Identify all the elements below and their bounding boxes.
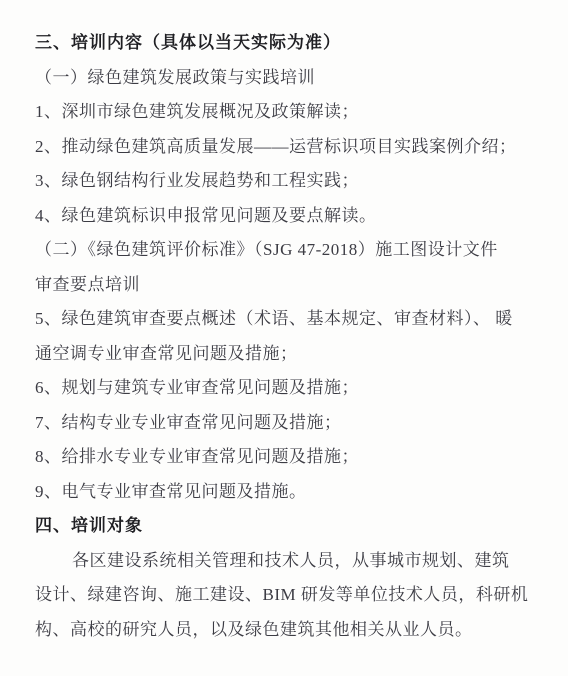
audience-paragraph-line-2: 设计、绿建咨询、施工建设、BIM 研发等单位技术人员，科研机 [35,578,540,613]
training-item-5-line-1: 5、绿色建筑审查要点概述（术语、基本规定、审查材料）、 暖 [35,302,540,337]
training-item-3: 3、绿色钢结构行业发展趋势和工程实践； [35,164,540,199]
training-item-4: 4、绿色建筑标识申报常见问题及要点解读。 [35,199,540,234]
training-item-7: 7、结构专业专业审查常见问题及措施； [35,406,540,441]
training-item-6: 6、规划与建筑专业审查常见问题及措施； [35,371,540,406]
section-heading-training-audience: 四、培训对象 [35,509,540,544]
audience-paragraph-line-3: 构、高校的研究人员，以及绿色建筑其他相关从业人员。 [35,613,540,648]
training-item-9: 9、电气专业审查常见问题及措施。 [35,475,540,510]
training-item-5-line-2: 通空调专业审查常见问题及措施； [35,337,540,372]
section-heading-label: 三、培训内容 [35,33,143,52]
section-heading-training-content: 三、培训内容（具体以当天实际为准） [35,26,540,61]
training-item-8: 8、给排水专业专业审查常见问题及措施； [35,440,540,475]
section-heading-note: （具体以当天实际为准） [143,33,341,52]
audience-paragraph-line-1: 各区建设系统相关管理和技术人员，从事城市规划、建筑 [35,544,540,579]
document-page: 三、培训内容（具体以当天实际为准） （一）绿色建筑发展政策与实践培训 1、深圳市… [0,0,568,676]
training-item-1: 1、深圳市绿色建筑发展概况及政策解读； [35,95,540,130]
subsection-title-part-one: （一）绿色建筑发展政策与实践培训 [35,61,540,96]
subsection-title-part-two-line-2: 审查要点培训 [35,268,540,303]
training-item-2: 2、推动绿色建筑高质量发展——运营标识项目实践案例介绍； [35,130,540,165]
subsection-title-part-two-line-1: （二）《绿色建筑评价标准》（SJG 47-2018）施工图设计文件 [35,233,540,268]
